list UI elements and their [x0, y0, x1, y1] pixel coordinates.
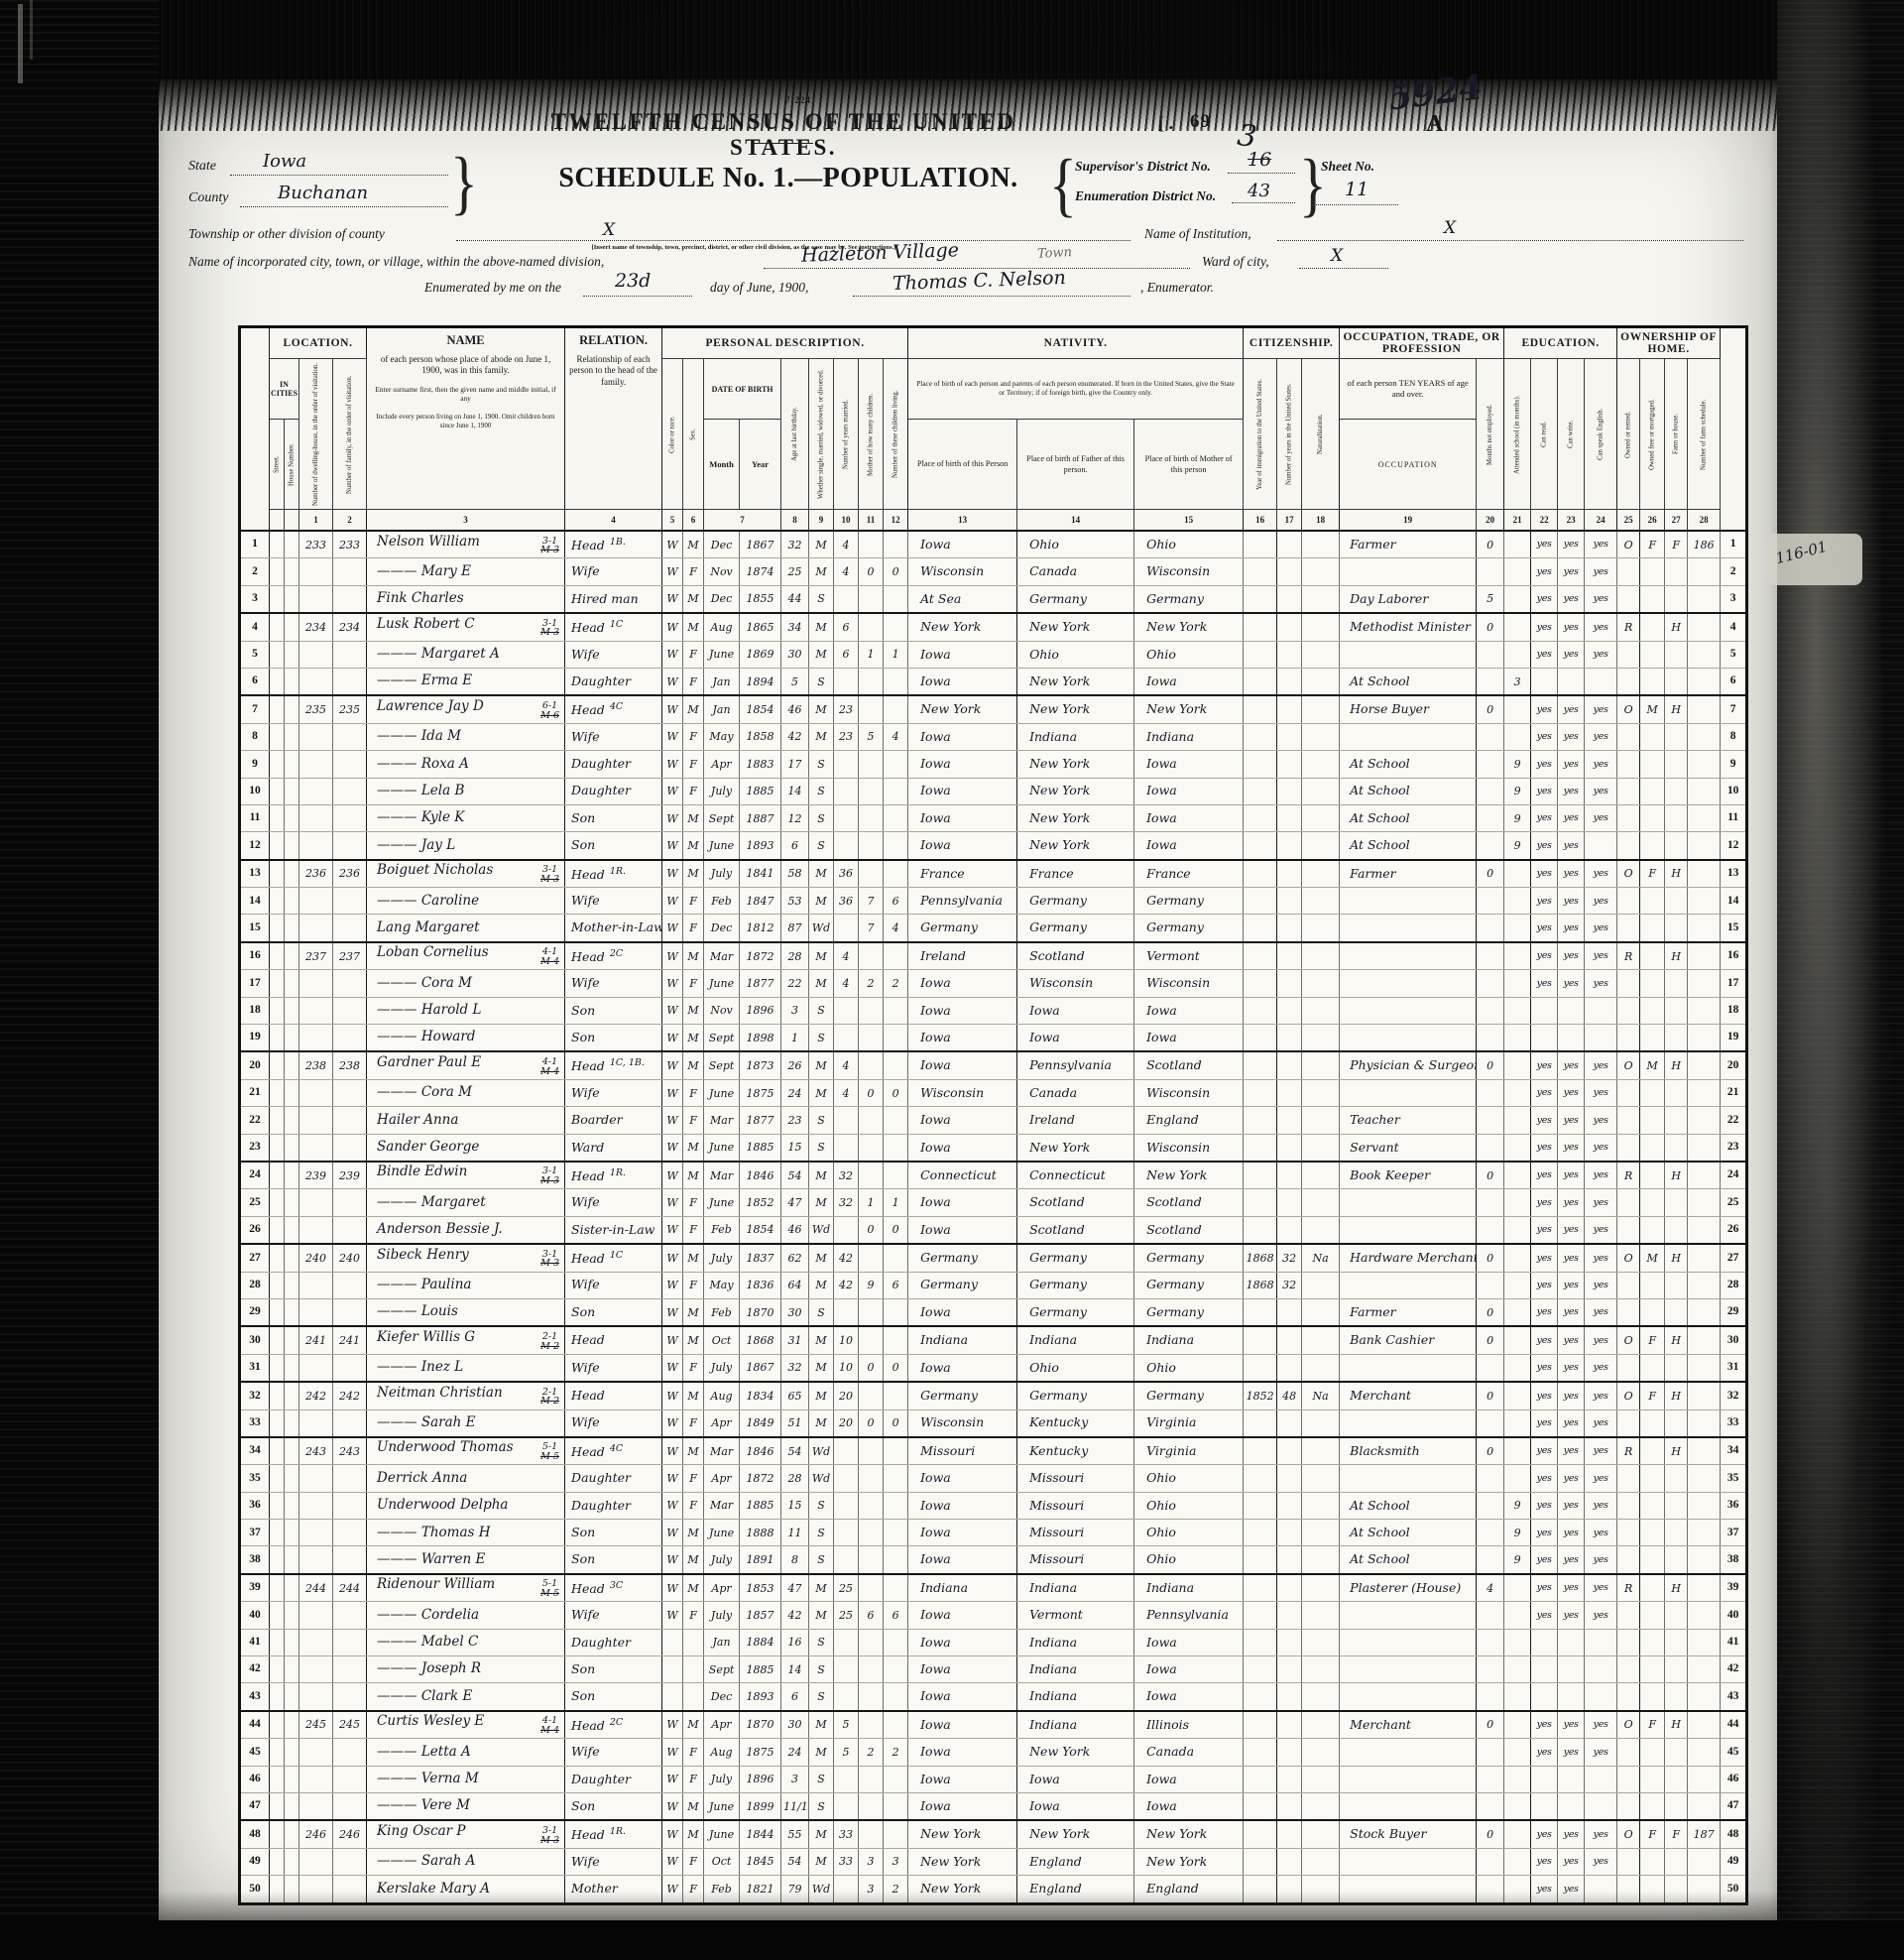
cell-months-not-employed: [1477, 723, 1504, 750]
cell-farm-house: [1665, 778, 1688, 804]
cell-birth-year: 1888: [740, 1520, 781, 1546]
cell-can-speak-english: [1585, 1792, 1617, 1820]
cell-name: Loban Cornelius4-1M-4: [367, 942, 565, 970]
name-text: Lang Margaret: [377, 919, 480, 935]
township-label: Township or other division of county: [188, 226, 385, 242]
cell-farm-schedule: [1688, 942, 1721, 970]
film-border-left: [0, 0, 159, 1960]
cell-imm-year: [1244, 1079, 1277, 1106]
cell-can-speak-english: yes: [1585, 778, 1617, 804]
cell-pob-person: Wisconsin: [908, 1409, 1017, 1437]
line-number-right: 3: [1721, 585, 1747, 613]
cell-house-number: [285, 613, 299, 641]
cell-naturalization: [1302, 1326, 1340, 1354]
cell-marital: S: [809, 832, 834, 860]
cell-house-number: [285, 1546, 299, 1574]
cell-occupation: [1340, 1354, 1477, 1382]
cell-owned-rented: O: [1617, 1051, 1640, 1079]
cell-naturalization: [1302, 668, 1340, 695]
name-annotation: 3-1M-3: [540, 865, 559, 884]
cell-sex: F: [683, 1876, 704, 1903]
cell-sex: F: [683, 1602, 704, 1629]
cell-pob-father: Germany: [1017, 1272, 1134, 1298]
table-row: 47——— Vere MSonWMJune189911/12SIowaIowaI…: [240, 1792, 1747, 1820]
cell-house-number: [285, 1409, 299, 1437]
relation-text: Wife: [571, 975, 600, 990]
relation-code: 1R.: [610, 1167, 626, 1178]
enumerated-post: , Enumerator.: [1140, 280, 1214, 296]
name-annotation: 2-1M-2: [540, 1388, 559, 1407]
cell-house-number: [285, 1216, 299, 1244]
cell-farm-schedule: [1688, 997, 1721, 1024]
cell-pob-person: Iowa: [908, 1739, 1017, 1766]
cell-marital: S: [809, 668, 834, 695]
cell-birth-year: 1845: [740, 1848, 781, 1875]
cell-attended-school: [1504, 1711, 1531, 1739]
cell-attended-school: [1504, 1079, 1531, 1106]
cell-mother-children: [859, 1574, 884, 1602]
cell-years-married: [834, 1025, 859, 1052]
cell-years-married: [834, 1546, 859, 1574]
relation-text: Wife: [571, 1194, 600, 1209]
cell-name: ——— Caroline: [367, 888, 565, 915]
cell-marital: M: [809, 613, 834, 641]
cell-name: ——— Sarah A: [367, 1848, 565, 1875]
cell-children-living: [884, 942, 908, 970]
cell-farm-schedule: [1688, 1792, 1721, 1820]
cell-attended-school: [1504, 1683, 1531, 1711]
cell-months-not-employed: 0: [1477, 531, 1504, 558]
cell-pob-mother: Pennsylvania: [1134, 1602, 1244, 1629]
name-text: ——— Vere M: [377, 1797, 470, 1813]
cell-dwelling-number: [299, 1025, 333, 1052]
cell-months-not-employed: [1477, 778, 1504, 804]
cell-farm-schedule: [1688, 613, 1721, 641]
name-annotation: 4-1M-4: [540, 947, 559, 966]
line-number-right: 41: [1721, 1629, 1747, 1655]
cell-dwelling-number: [299, 1792, 333, 1820]
cell-name: ——— Clark E: [367, 1683, 565, 1711]
cell-occupation: [1340, 1848, 1477, 1875]
cell-owned-free: [1640, 1025, 1665, 1052]
cell-street: [270, 1272, 285, 1298]
table-row: 13236236Boiguet Nicholas3-1M-3Head1R.WMJ…: [240, 860, 1747, 888]
cell-children-living: 6: [884, 1272, 908, 1298]
cell-owned-free: [1640, 1079, 1665, 1106]
cell-children-living: 0: [884, 558, 908, 585]
cell-owned-rented: [1617, 1465, 1640, 1492]
cell-color: W: [662, 1272, 683, 1298]
cell-birth-month: Jan: [704, 695, 740, 723]
cell-relation: Head1B.: [565, 531, 662, 558]
cell-months-not-employed: 0: [1477, 1051, 1504, 1079]
cell-pob-person: Iowa: [908, 1546, 1017, 1574]
table-row: 7235235Lawrence Jay D6-1M-6Head4CWMJan18…: [240, 695, 1747, 723]
cell-pob-person: New York: [908, 695, 1017, 723]
cell-farm-house: [1665, 1683, 1688, 1711]
cell-sex: M: [683, 832, 704, 860]
cell-color: W: [662, 1244, 683, 1272]
relation-text: Wife: [571, 1360, 600, 1375]
cell-birth-month: Feb: [704, 1216, 740, 1244]
cell-age: 25: [781, 558, 809, 585]
cell-mother-children: [859, 531, 884, 558]
cell-mother-children: 0: [859, 1354, 884, 1382]
cell-color: W: [662, 1602, 683, 1629]
table-row: 34243243Underwood Thomas5-1M-5Head4CWMMa…: [240, 1437, 1747, 1465]
cell-mother-children: 7: [859, 888, 884, 915]
cell-house-number: [285, 751, 299, 778]
cell-years-us: [1277, 1848, 1302, 1875]
name-annotation: 2-1M-2: [540, 1332, 559, 1351]
cell-pob-person: Iowa: [908, 832, 1017, 860]
cell-owned-free: [1640, 1298, 1665, 1326]
street-header: Street.: [270, 420, 285, 510]
cell-naturalization: [1302, 751, 1340, 778]
relation-text: Mother: [571, 1881, 618, 1896]
cell-pob-mother: Wisconsin: [1134, 1134, 1244, 1162]
cell-can-speak-english: yes: [1585, 1409, 1617, 1437]
line-number-right: 26: [1721, 1216, 1747, 1244]
cell-owned-rented: [1617, 1354, 1640, 1382]
cell-sex: F: [683, 970, 704, 997]
cell-owned-rented: [1617, 1766, 1640, 1792]
line-number-right: 25: [1721, 1189, 1747, 1216]
cell-dwelling-number: 245: [299, 1711, 333, 1739]
cell-occupation: [1340, 1602, 1477, 1629]
line-number-right: 20: [1721, 1051, 1747, 1079]
cell-pob-person: Pennsylvania: [908, 888, 1017, 915]
cell-attended-school: [1504, 1382, 1531, 1409]
colnum: 25: [1617, 510, 1640, 532]
cell-owned-free: [1640, 832, 1665, 860]
cell-pob-person: New York: [908, 1848, 1017, 1875]
cell-pob-mother: Vermont: [1134, 942, 1244, 970]
table-row: 6——— Erma EDaughterWFJan18945SIowaNew Yo…: [240, 668, 1747, 695]
cell-farm-house: [1665, 1079, 1688, 1106]
relation-text: Head: [571, 867, 605, 882]
cell-name: ——— Thomas H: [367, 1520, 565, 1546]
cell-can-speak-english: yes: [1585, 1546, 1617, 1574]
state-value: Iowa: [263, 151, 306, 172]
cell-years-married: [834, 915, 859, 942]
cell-birth-year: 1885: [740, 1656, 781, 1683]
cell-marital: S: [809, 1546, 834, 1574]
relation-text: Head: [571, 620, 605, 635]
cell-owned-free: F: [1640, 1711, 1665, 1739]
cell-street: [270, 1683, 285, 1711]
group-occupation: OCCUPATION, TRADE, OR PROFESSION: [1340, 327, 1504, 359]
cell-age: 32: [781, 1354, 809, 1382]
cell-years-married: [834, 1107, 859, 1134]
cell-dwelling-number: [299, 723, 333, 750]
cell-dwelling-number: [299, 1848, 333, 1875]
cell-sex: M: [683, 860, 704, 888]
cell-naturalization: [1302, 1051, 1340, 1079]
cell-occupation: [1340, 915, 1477, 942]
table-row: 25——— MargaretWifeWFJune185247M3211IowaS…: [240, 1189, 1747, 1216]
cell-children-living: [884, 1711, 908, 1739]
cell-attended-school: 3: [1504, 668, 1531, 695]
cell-relation: Daughter: [565, 751, 662, 778]
cell-street: [270, 1189, 285, 1216]
cell-imm-year: [1244, 1107, 1277, 1134]
cell-can-speak-english: yes: [1585, 804, 1617, 831]
cell-years-us: [1277, 942, 1302, 970]
cell-relation: Wife: [565, 558, 662, 585]
cell-children-living: 3: [884, 1848, 908, 1875]
cell-occupation: Servant: [1340, 1134, 1477, 1162]
cell-color: W: [662, 888, 683, 915]
cell-house-number: [285, 1820, 299, 1848]
cell-dwelling-number: [299, 997, 333, 1024]
name-annotation: 5-1M-5: [540, 1579, 559, 1598]
cell-farm-house: H: [1665, 860, 1688, 888]
cell-can-read: yes: [1531, 1876, 1558, 1903]
cell-color: W: [662, 778, 683, 804]
name-annotation: 4-1M-4: [540, 1057, 559, 1076]
cell-imm-year: [1244, 1216, 1277, 1244]
cell-birth-month: Jan: [704, 668, 740, 695]
cell-can-write: yes: [1558, 1520, 1585, 1546]
cell-can-read: yes: [1531, 860, 1558, 888]
cell-family-number: 239: [333, 1162, 367, 1189]
cell-can-read: [1531, 668, 1558, 695]
cell-pob-mother: Germany: [1134, 915, 1244, 942]
line-number-right: 6: [1721, 668, 1747, 695]
cell-months-not-employed: 0: [1477, 1244, 1504, 1272]
cell-age: 30: [781, 641, 809, 668]
cell-marital: M: [809, 1272, 834, 1298]
cell-family-number: 246: [333, 1820, 367, 1848]
cell-family-number: [333, 1107, 367, 1134]
cell-pob-father: Pennsylvania: [1017, 1051, 1134, 1079]
name-title: NAME: [373, 333, 558, 348]
cell-attended-school: [1504, 1162, 1531, 1189]
cell-name: Hailer Anna: [367, 1107, 565, 1134]
cell-farm-schedule: [1688, 1025, 1721, 1052]
cell-relation: Son: [565, 1298, 662, 1326]
cell-months-not-employed: [1477, 1546, 1504, 1574]
cell-owned-rented: [1617, 1189, 1640, 1216]
line-number-right: 34: [1721, 1437, 1747, 1465]
cell-occupation: Physician & Surgeon: [1340, 1051, 1477, 1079]
relation-text: Son: [571, 1525, 595, 1539]
cell-pob-person: Iowa: [908, 1766, 1017, 1792]
cell-birth-year: 1896: [740, 1766, 781, 1792]
group-name: NAME of each person whose place of abode…: [367, 327, 565, 510]
cell-naturalization: [1302, 1162, 1340, 1189]
cell-attended-school: [1504, 1739, 1531, 1766]
cell-mother-children: 2: [859, 970, 884, 997]
line-col-header-left: [240, 327, 270, 532]
line-number-right: 19: [1721, 1025, 1747, 1052]
cell-birth-year: 1885: [740, 1492, 781, 1519]
table-header: LOCATION. NAME of each person whose plac…: [240, 327, 1747, 532]
cell-birth-year: 1847: [740, 888, 781, 915]
cell-can-read: yes: [1531, 1272, 1558, 1298]
relation-text: Son: [571, 837, 595, 852]
cell-owned-free: [1640, 1876, 1665, 1903]
colnum: 27: [1665, 510, 1688, 532]
cell-owned-rented: [1617, 832, 1640, 860]
table-row: 44245245Curtis Wesley E4-1M-4Head2CWMApr…: [240, 1711, 1747, 1739]
relation-text: Mother-in-Law: [571, 919, 662, 934]
cell-naturalization: [1302, 641, 1340, 668]
line-number-right: 5: [1721, 641, 1747, 668]
cell-owned-free: [1640, 585, 1665, 613]
cell-birth-month: May: [704, 723, 740, 750]
line-number-right: 22: [1721, 1107, 1747, 1134]
cell-pob-mother: Indiana: [1134, 1574, 1244, 1602]
cell-years-us: 32: [1277, 1244, 1302, 1272]
cell-can-read: [1531, 1683, 1558, 1711]
cell-owned-rented: [1617, 970, 1640, 997]
cell-imm-year: [1244, 1492, 1277, 1519]
cell-house-number: [285, 1382, 299, 1409]
cell-pob-father: Iowa: [1017, 997, 1134, 1024]
cell-attended-school: [1504, 1629, 1531, 1655]
relation-text: Wife: [571, 729, 600, 744]
cell-imm-year: [1244, 531, 1277, 558]
cell-imm-year: [1244, 1820, 1277, 1848]
cell-months-not-employed: [1477, 1602, 1504, 1629]
cell-years-us: [1277, 1711, 1302, 1739]
cell-can-speak-english: yes: [1585, 1520, 1617, 1546]
cell-years-married: [834, 751, 859, 778]
cell-family-number: [333, 1656, 367, 1683]
group-personal: PERSONAL DESCRIPTION.: [662, 327, 908, 359]
cell-years-us: [1277, 1492, 1302, 1519]
cell-children-living: 2: [884, 1739, 908, 1766]
cell-sex: M: [683, 1792, 704, 1820]
table-row: 19——— HowardSonWMSept18981SIowaIowaIowa1…: [240, 1025, 1747, 1052]
cell-pob-mother: Virginia: [1134, 1409, 1244, 1437]
cell-naturalization: [1302, 832, 1340, 860]
cell-farm-house: [1665, 1465, 1688, 1492]
cell-age: 62: [781, 1244, 809, 1272]
line-number-right: 49: [1721, 1848, 1747, 1875]
relation-text: Son: [571, 1688, 595, 1703]
cell-naturalization: [1302, 778, 1340, 804]
cell-years-us: [1277, 778, 1302, 804]
name-text: Boiguet Nicholas: [377, 862, 493, 878]
name-annotation: 3-1M-3: [540, 1826, 559, 1845]
relation-code: 2C: [610, 948, 623, 959]
cell-name: ——— Jay L: [367, 832, 565, 860]
cell-naturalization: [1302, 1437, 1340, 1465]
cell-name: Sander George: [367, 1134, 565, 1162]
cell-relation: Son: [565, 997, 662, 1024]
cell-farm-house: [1665, 1492, 1688, 1519]
cell-birth-year: 1898: [740, 1025, 781, 1052]
cell-age: 65: [781, 1382, 809, 1409]
cell-farm-house: [1665, 915, 1688, 942]
cell-mother-children: [859, 1298, 884, 1326]
name-text: ——— Louis: [377, 1303, 458, 1319]
cell-street: [270, 860, 285, 888]
cell-pob-father: Indiana: [1017, 1326, 1134, 1354]
cell-street: [270, 970, 285, 997]
relation-text: Daughter: [571, 783, 631, 797]
cell-family-number: [333, 1546, 367, 1574]
line-number-left: 22: [240, 1107, 270, 1134]
cell-sex: M: [683, 1711, 704, 1739]
cell-marital: M: [809, 970, 834, 997]
cell-owned-rented: [1617, 558, 1640, 585]
cell-months-not-employed: [1477, 1107, 1504, 1134]
cell-farm-house: H: [1665, 1326, 1688, 1354]
cell-dwelling-number: [299, 1465, 333, 1492]
state-label: State: [188, 159, 216, 175]
line-number-left: 35: [240, 1465, 270, 1492]
cell-months-not-employed: [1477, 1683, 1504, 1711]
cell-farm-schedule: 186: [1688, 531, 1721, 558]
cell-family-number: 236: [333, 860, 367, 888]
cell-birth-month: Dec: [704, 915, 740, 942]
cell-attended-school: [1504, 1326, 1531, 1354]
line-number-right: 44: [1721, 1711, 1747, 1739]
cell-marital: M: [809, 1382, 834, 1409]
relation-text: Son: [571, 1003, 595, 1018]
cell-imm-year: [1244, 1465, 1277, 1492]
cell-birth-month: Mar: [704, 1107, 740, 1134]
cell-imm-year: [1244, 970, 1277, 997]
cell-can-speak-english: yes: [1585, 860, 1617, 888]
cell-imm-year: [1244, 1051, 1277, 1079]
relation-text: Daughter: [571, 756, 631, 771]
line-number-left: 16: [240, 942, 270, 970]
cell-street: [270, 1216, 285, 1244]
cell-color: W: [662, 558, 683, 585]
relation-text: Son: [571, 1661, 595, 1676]
cell-can-write: yes: [1558, 970, 1585, 997]
cell-years-married: 4: [834, 531, 859, 558]
cell-months-not-employed: [1477, 942, 1504, 970]
cell-pob-person: Iowa: [908, 1134, 1017, 1162]
cell-years-us: [1277, 613, 1302, 641]
cell-age: 26: [781, 1051, 809, 1079]
cell-occupation: [1340, 1739, 1477, 1766]
cell-pob-mother: Iowa: [1134, 832, 1244, 860]
cell-can-read: yes: [1531, 1326, 1558, 1354]
cell-can-write: yes: [1558, 942, 1585, 970]
line-number-right: 1: [1721, 531, 1747, 558]
cell-attended-school: [1504, 1189, 1531, 1216]
name-text: ——— Letta A: [377, 1744, 471, 1760]
cell-sex: F: [683, 1492, 704, 1519]
cell-mother-children: [859, 1465, 884, 1492]
cell-occupation: [1340, 1189, 1477, 1216]
cell-months-not-employed: [1477, 1409, 1504, 1437]
cell-pob-father: Indiana: [1017, 723, 1134, 750]
cell-can-read: yes: [1531, 1546, 1558, 1574]
cell-mother-children: 3: [859, 1876, 884, 1903]
line-number-right: 23: [1721, 1134, 1747, 1162]
cell-naturalization: [1302, 1739, 1340, 1766]
cell-children-living: [884, 1629, 908, 1655]
cell-dwelling-number: 239: [299, 1162, 333, 1189]
cell-mother-children: [859, 1107, 884, 1134]
cell-pob-mother: Germany: [1134, 1382, 1244, 1409]
cell-attended-school: [1504, 1465, 1531, 1492]
cell-owned-free: [1640, 804, 1665, 831]
cell-house-number: [285, 1298, 299, 1326]
cell-relation: Daughter: [565, 1629, 662, 1655]
cell-owned-free: [1640, 1546, 1665, 1574]
cell-attended-school: [1504, 1437, 1531, 1465]
table-row: 38——— Warren ESonWMJuly18918SIowaMissour…: [240, 1546, 1747, 1574]
